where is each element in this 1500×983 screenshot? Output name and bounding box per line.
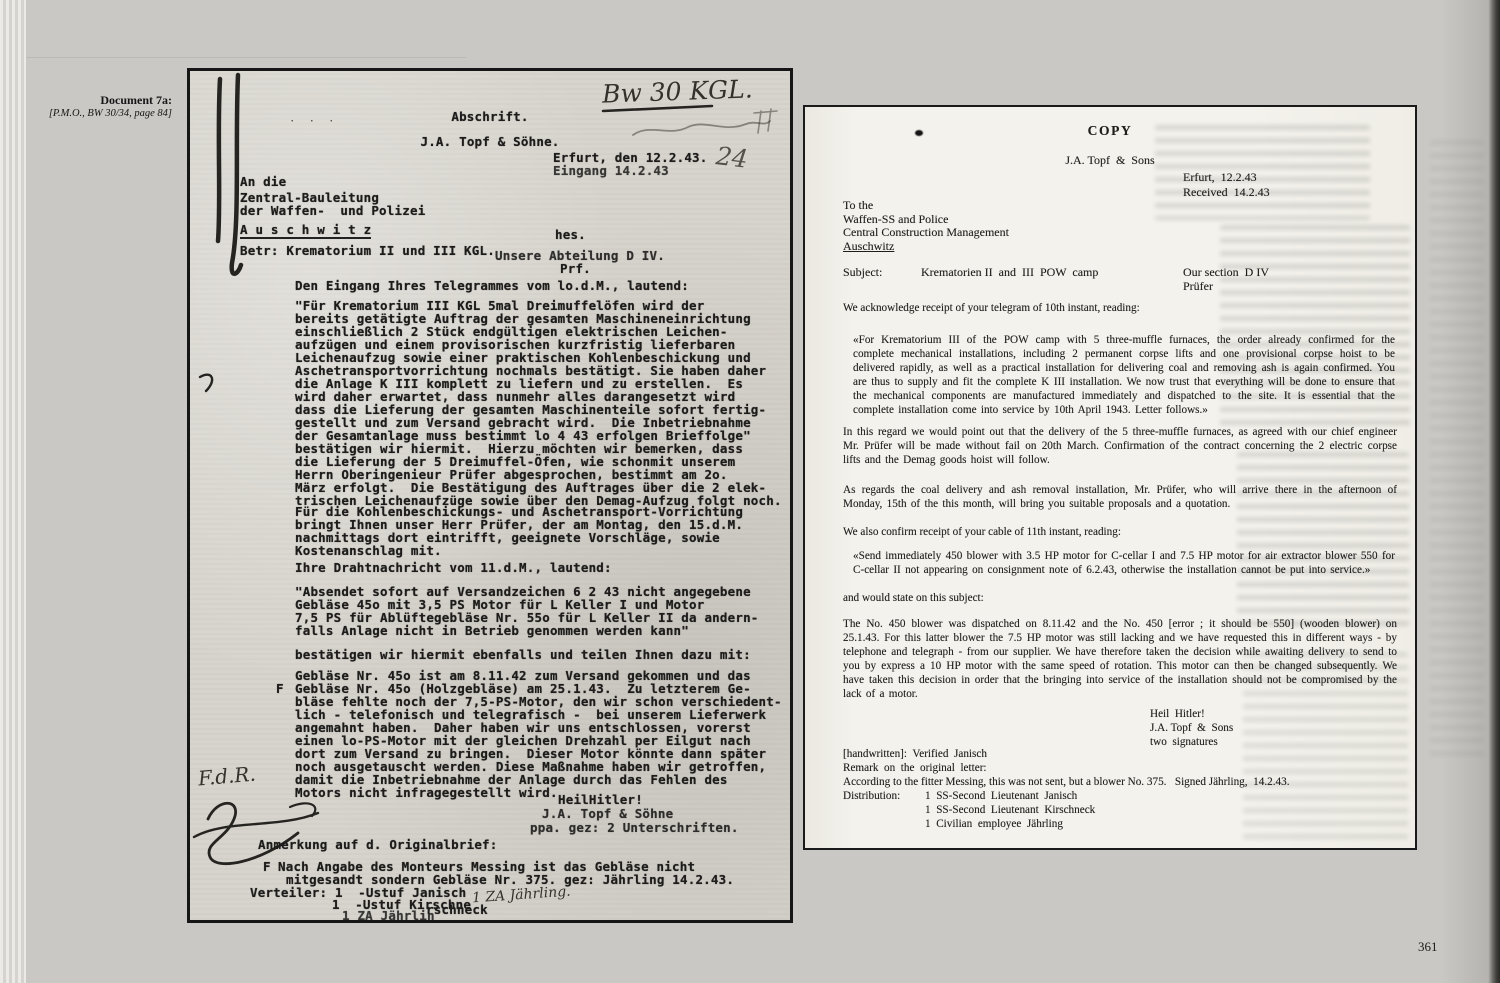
hes-note: hes. <box>555 228 586 241</box>
confirm-line: bestätigen wir hiermit ebenfalls und tei… <box>295 648 751 661</box>
book-page: { "page": { "number": "361", "caption_ti… <box>0 0 1500 983</box>
pen-stroke-icon <box>218 79 220 241</box>
closing-signatures: ppa. gez: 2 Unterschriften. <box>530 821 739 834</box>
note-f-mark: F <box>263 860 271 873</box>
company-name: J.A. Topf & Sons <box>805 153 1415 167</box>
margin-tick-icon <box>200 375 212 391</box>
caption-source: [P.M.O., BW 30/34, page 84] <box>18 107 172 120</box>
section-line: Our section D IV <box>1183 265 1269 279</box>
paragraph: We acknowledge receipt of your telegram … <box>843 301 1140 315</box>
remark-heading: Anmerkung auf d. Originalbrief: <box>258 838 498 851</box>
intro-line: Den Eingang Ihres Telegrammes vom lo.d.M… <box>295 279 689 292</box>
paragraph: and would state on this subject: <box>843 591 984 605</box>
closing-salute: HeilHitler! <box>558 793 643 806</box>
closing-salute: Heil Hitler! <box>1150 707 1205 721</box>
quoted-telegram-2: «Send immediately 450 blower with 3.5 HP… <box>853 549 1395 577</box>
address-block: To the Waffen-SS and Police Central Cons… <box>843 199 1009 240</box>
signature-icon <box>208 803 298 863</box>
cable-intro-line: Ihre Drahtnachricht vom 11.d.M., lautend… <box>295 561 612 574</box>
quoted-telegram-1: «For Krematorium III of the POW camp wit… <box>853 333 1395 417</box>
faint-note-icon <box>633 121 770 135</box>
paragraph: As regards the coal delivery and ash rem… <box>843 483 1397 511</box>
book-edge <box>1488 0 1500 983</box>
copy-heading: COPY <box>805 124 1415 138</box>
received-line: Received 14.2.43 <box>1183 185 1270 199</box>
closing-company: J.A. Topf & Söhne <box>542 807 673 820</box>
german-letter-scan: · · · Abschrift. J.A. Topf & Söhne. Bw 3… <box>187 68 793 923</box>
closing-signatures: two signatures <box>1150 735 1218 749</box>
betreff-line: Betr: Krematorium II und III KGL. <box>240 244 495 257</box>
handwritten-file-code: Bw 30 KGL. <box>602 74 754 108</box>
prf-line: Prf. <box>560 262 591 275</box>
handwritten-fdr: F.d.R. <box>197 762 257 791</box>
closing-company: J.A. Topf & Sons <box>1150 721 1233 735</box>
abschrift-heading: Abschrift. <box>190 110 790 123</box>
paragraph: We also confirm receipt of your cable of… <box>843 525 1121 539</box>
distribution-label: Distribution: <box>843 789 900 803</box>
handwritten-number: 24 <box>714 141 749 174</box>
telegram-quote-1: "Für Krematorium III KGL 5mal Dreimuffel… <box>295 299 782 507</box>
book-binding-strip <box>0 0 26 983</box>
subject-label: Subject: <box>843 265 882 279</box>
telegram-quote-2: "Absendet sofort auf Versandzeichen 6 2 … <box>295 585 759 637</box>
english-translation-box: COPY J.A. Topf & Sons Erfurt, 12.2.43 Re… <box>803 105 1417 850</box>
subject-value: Krematorien II and III POW camp <box>921 265 1098 279</box>
distribution-line: 1 SS-Second Lieutenant Janisch <box>925 789 1077 803</box>
received-line: Eingang 14.2.43 <box>553 164 669 177</box>
distribution-line: 1 Civilian employee Jährling <box>925 817 1063 831</box>
page-number: 361 <box>1418 939 1438 955</box>
distribution-line: 1 SS-Second Lieutenant Kirschneck <box>925 803 1095 817</box>
document-caption: Document 7a: [P.M.O., BW 30/34, page 84] <box>18 94 172 120</box>
bleed-through <box>1430 140 1484 760</box>
caption-title: Document 7a: <box>18 94 172 107</box>
paragraph-blower: Gebläse Nr. 45o ist am 8.11.42 zum Versa… <box>295 669 782 799</box>
signature-icon <box>194 813 318 837</box>
company-name: J.A. Topf & Söhne. <box>190 135 790 148</box>
handwritten-verified-line: [handwritten]: Verified Janisch <box>843 747 987 761</box>
date-line: Erfurt, 12.2.43 <box>1183 170 1257 184</box>
address-city: A u s c h w i t z <box>240 223 371 239</box>
margin-f-mark: F <box>276 682 284 695</box>
paragraph: In this regard we would point out that t… <box>843 425 1397 467</box>
distribution-line: 1 ZA Jährlin <box>342 909 435 922</box>
paragraph-coal: Für die Kohlenbeschickungs- und Aschetra… <box>295 505 743 557</box>
bleed-through <box>1237 452 1409 627</box>
address-city: Auschwitz <box>843 239 894 253</box>
address-line: An die <box>240 175 286 188</box>
remark-line: According to the fitter Messing, this wa… <box>843 775 1290 789</box>
address-line: der Waffen- und Polizei <box>240 204 425 217</box>
section-engineer: Prüfer <box>1183 279 1213 293</box>
paragraph: The No. 450 blower was dispatched on 8.1… <box>843 617 1397 701</box>
page-crease <box>26 57 466 58</box>
remark-heading: Remark on the original letter: <box>843 761 987 775</box>
